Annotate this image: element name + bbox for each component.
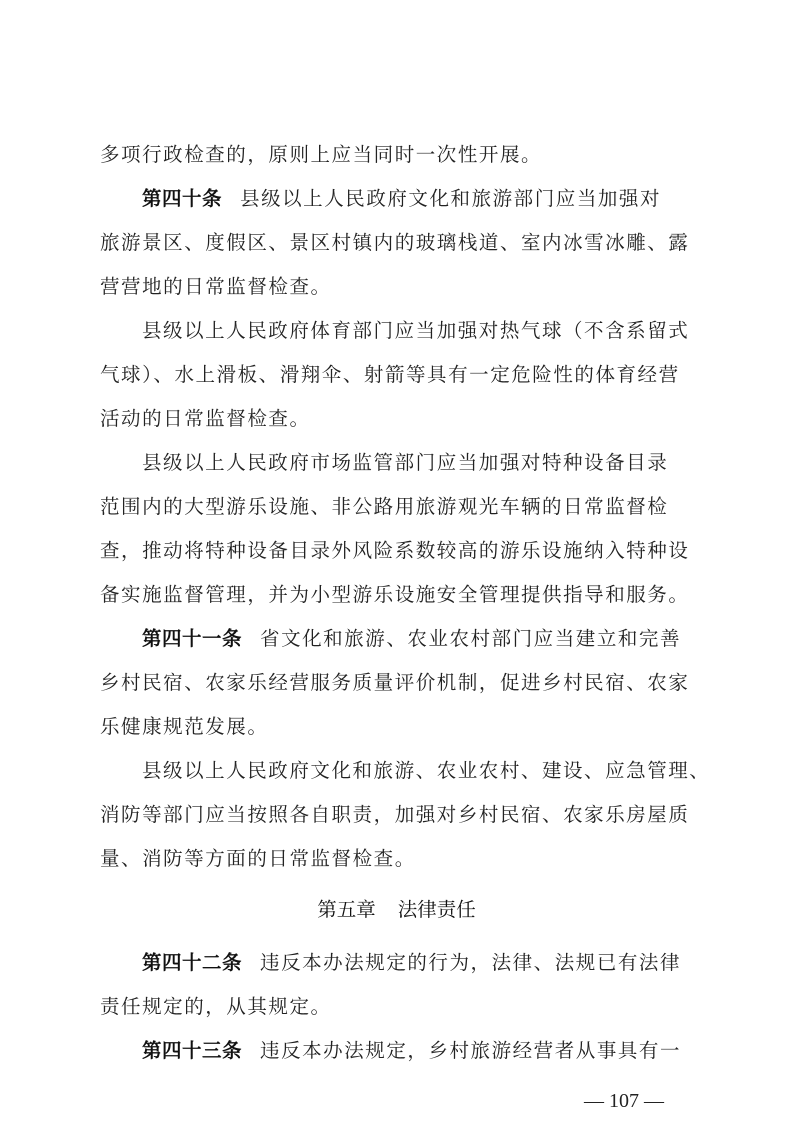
line-text: 备实施监督管理，并为小型游乐设施安全管理提供指导和服务。 xyxy=(100,583,689,606)
paragraph-line: 旅游景区、度假区、景区村镇内的玻璃栈道、室内冰雪冰雕、露 xyxy=(100,228,698,258)
line-text: 多项行政检查的，原则上应当同时一次性开展。 xyxy=(100,143,542,166)
article-40-heading-line: 第四十条县级以上人民政府文化和旅游部门应当加强对 xyxy=(142,184,698,214)
article-43-heading-line: 第四十三条违反本办法规定，乡村旅游经营者从事具有一 xyxy=(142,1036,698,1066)
paragraph-line: 乐健康规范发展。 xyxy=(100,712,698,742)
line-text: 范围内的大型游乐设施、非公路用旅游观光车辆的日常监督检 xyxy=(100,495,668,518)
paragraph-line: 县级以上人民政府体育部门应当加强对热气球（不含系留式 xyxy=(142,316,698,346)
line-text: 违反本办法规定的行为，法律、法规已有法律 xyxy=(260,951,681,974)
chapter-title: 法律责任 xyxy=(398,898,476,921)
line-text: 消防等部门应当按照各自职责，加强对乡村民宿、农家乐房屋质 xyxy=(100,803,689,826)
line-text: 量、消防等方面的日常监督检查。 xyxy=(100,847,416,870)
article-41-heading-line: 第四十一条省文化和旅游、农业农村部门应当建立和完善 xyxy=(142,624,698,654)
line-text: 县级以上人民政府文化和旅游、农业农村、建设、应急管理、 xyxy=(142,759,710,782)
article-label: 第四十条 xyxy=(142,187,222,210)
line-text: 县级以上人民政府体育部门应当加强对热气球（不含系留式 xyxy=(142,319,689,342)
paragraph-line: 县级以上人民政府市场监管部门应当加强对特种设备目录 xyxy=(142,448,698,478)
paragraph-line: 县级以上人民政府文化和旅游、农业农村、建设、应急管理、 xyxy=(142,756,698,786)
paragraph-line: 营营地的日常监督检查。 xyxy=(100,272,698,302)
paragraph-line: 范围内的大型游乐设施、非公路用旅游观光车辆的日常监督检 xyxy=(100,492,698,522)
paragraph-line: 乡村民宿、农家乐经营服务质量评价机制，促进乡村民宿、农家 xyxy=(100,668,698,698)
article-label: 第四十一条 xyxy=(142,627,242,650)
chapter-number: 第五章 xyxy=(317,898,376,921)
paragraph-line: 量、消防等方面的日常监督检查。 xyxy=(100,844,698,874)
paragraph-line: 消防等部门应当按照各自职责，加强对乡村民宿、农家乐房屋质 xyxy=(100,800,698,830)
paragraph-line: 责任规定的，从其规定。 xyxy=(100,992,698,1022)
line-text: 县级以上人民政府文化和旅游部门应当加强对 xyxy=(240,187,661,210)
article-42-heading-line: 第四十二条违反本办法规定的行为，法律、法规已有法律 xyxy=(142,948,698,978)
line-text: 责任规定的，从其规定。 xyxy=(100,995,332,1018)
paragraph-line: 多项行政检查的，原则上应当同时一次性开展。 xyxy=(100,140,698,170)
line-text: 气球）、水上滑板、滑翔伞、射箭等具有一定危险性的体育经营 xyxy=(100,363,680,386)
paragraph-line: 查，推动将特种设备目录外风险系数较高的游乐设施纳入特种设 xyxy=(100,536,698,566)
line-text: 旅游景区、度假区、景区村镇内的玻璃栈道、室内冰雪冰雕、露 xyxy=(100,231,689,254)
line-text: 活动的日常监督检查。 xyxy=(100,407,311,430)
line-text: 营营地的日常监督检查。 xyxy=(100,275,332,298)
paragraph-line: 备实施监督管理，并为小型游乐设施安全管理提供指导和服务。 xyxy=(100,580,698,610)
line-text: 省文化和旅游、农业农村部门应当建立和完善 xyxy=(260,627,681,650)
line-text: 查，推动将特种设备目录外风险系数较高的游乐设施纳入特种设 xyxy=(100,539,689,562)
article-label: 第四十三条 xyxy=(142,1039,242,1062)
page-number: — 107 — xyxy=(584,1088,664,1114)
document-page: 多项行政检查的，原则上应当同时一次性开展。 第四十条县级以上人民政府文化和旅游部… xyxy=(0,0,793,1122)
line-text: 县级以上人民政府市场监管部门应当加强对特种设备目录 xyxy=(142,451,668,474)
line-text: 乡村民宿、农家乐经营服务质量评价机制，促进乡村民宿、农家 xyxy=(100,671,689,694)
article-label: 第四十二条 xyxy=(142,951,242,974)
chapter-heading: 第五章法律责任 xyxy=(0,895,793,925)
paragraph-line: 活动的日常监督检查。 xyxy=(100,404,698,434)
paragraph-line: 气球）、水上滑板、滑翔伞、射箭等具有一定危险性的体育经营 xyxy=(100,360,698,390)
line-text: 乐健康规范发展。 xyxy=(100,715,268,738)
line-text: 违反本办法规定，乡村旅游经营者从事具有一 xyxy=(260,1039,681,1062)
